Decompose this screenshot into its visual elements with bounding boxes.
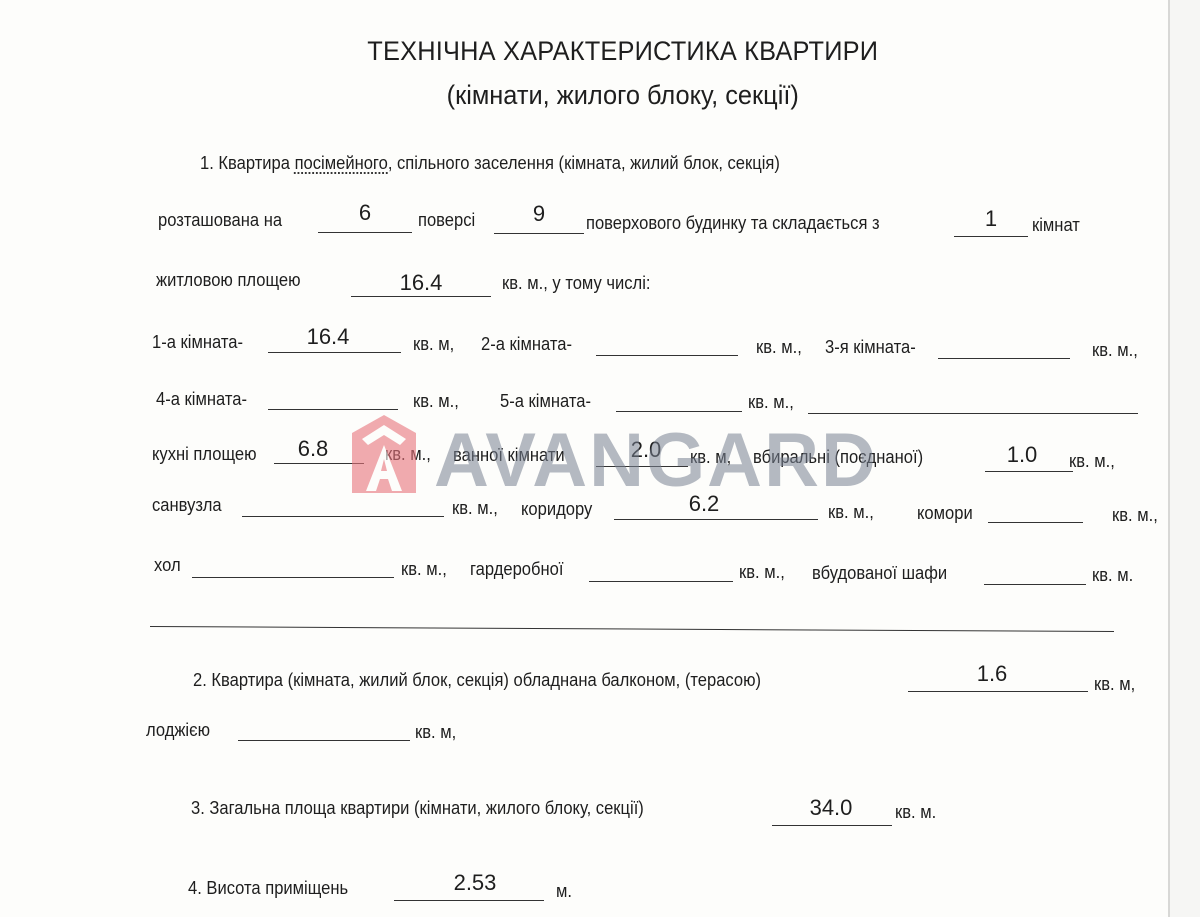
loggia-unit: кв. м,	[415, 722, 456, 743]
located-label: розташована на	[158, 210, 282, 231]
toilet-unit: кв. м.,	[1069, 451, 1115, 472]
document-title: ТЕХНІЧНА ХАРАКТЕРИСТИКА КВАРТИРИ	[0, 36, 1200, 67]
bathroom-label: ванної кімнати	[453, 445, 565, 466]
storage-unit: кв. м.,	[1112, 505, 1158, 526]
closet-unit: кв. м.	[1092, 565, 1133, 586]
room4-unit: кв. м.,	[413, 391, 459, 412]
room4-field-line	[268, 409, 398, 410]
toilet-value: 1.0	[985, 442, 1059, 468]
room5-label: 5-а кімната-	[500, 391, 591, 412]
building-label: поверхового будинку та складається з	[586, 213, 880, 234]
total-area-unit: кв. м.	[895, 802, 936, 823]
extra-field-line	[808, 413, 1138, 414]
balcony-value: 1.6	[942, 661, 1042, 687]
family-type-underlined: посімейного	[295, 153, 388, 173]
total-area-label: 3. Загальна площа квартири (кімнати, жил…	[191, 798, 644, 819]
hall-unit: кв. м.,	[401, 559, 447, 580]
bathroom-unit: кв. м,	[690, 447, 731, 468]
loggia-label: лоджією	[146, 720, 210, 741]
hall-label: хол	[154, 555, 181, 576]
wardrobe-field-line	[589, 581, 733, 582]
closet-field-line	[984, 584, 1086, 585]
document-subtitle: (кімнати, жилого блоку, секції)	[0, 80, 1200, 111]
section1-intro: 1. Квартира посімейного, спільного засел…	[200, 153, 780, 174]
section-separator-line	[150, 626, 1114, 632]
room3-unit: кв. м.,	[1092, 340, 1138, 361]
floor-field-line	[318, 232, 412, 233]
rooms-label: кімнат	[1032, 215, 1080, 236]
kitchen-field-line	[274, 463, 364, 464]
height-label: 4. Висота приміщень	[188, 878, 348, 899]
room5-unit: кв. м.,	[748, 392, 794, 413]
corridor-value: 6.2	[654, 491, 754, 517]
living-area-label: житловою площею	[156, 270, 301, 291]
page-edge-line	[1168, 0, 1170, 917]
living-area-value: 16.4	[351, 270, 491, 296]
room1-unit: кв. м,	[413, 334, 454, 355]
kitchen-unit: кв. м.,	[385, 444, 431, 465]
height-field-line	[394, 900, 544, 901]
room3-label: 3-я кімната-	[825, 337, 916, 358]
bathroom-value: 2.0	[600, 437, 692, 463]
living-area-field-line	[351, 296, 491, 297]
toilet-field-line	[985, 471, 1073, 472]
room3-field-line	[938, 358, 1070, 359]
total-floors-field-line	[494, 233, 584, 234]
total-area-field-line	[772, 825, 892, 826]
sanitary-label: санвузла	[152, 495, 222, 516]
storage-field-line	[988, 522, 1083, 523]
wardrobe-unit: кв. м.,	[739, 562, 785, 583]
room2-unit: кв. м.,	[756, 337, 802, 358]
room4-label: 4-а кімната-	[156, 389, 247, 410]
room1-value: 16.4	[268, 324, 388, 350]
toilet-label: вбиральні (поєднаної)	[753, 447, 923, 468]
total-floors-value: 9	[494, 201, 584, 227]
kitchen-label: кухні площею	[152, 444, 257, 465]
sanitary-unit: кв. м.,	[452, 498, 498, 519]
living-area-unit: кв. м., у тому числі:	[502, 273, 650, 294]
floor-value: 6	[318, 200, 412, 226]
room5-field-line	[616, 411, 742, 412]
height-unit: м.	[556, 881, 572, 902]
storage-label: комори	[917, 503, 973, 524]
balcony-label: 2. Квартира (кімната, жилий блок, секція…	[193, 670, 761, 691]
sanitary-field-line	[242, 516, 444, 517]
closet-label: вбудованої шафи	[812, 563, 947, 584]
room2-field-line	[596, 355, 738, 356]
wardrobe-label: гардеробної	[470, 559, 563, 580]
total-area-value: 34.0	[776, 795, 886, 821]
page-edge-shade	[1170, 0, 1200, 917]
room1-label: 1-а кімната-	[152, 332, 243, 353]
balcony-unit: кв. м,	[1094, 674, 1135, 695]
kitchen-value: 6.8	[268, 436, 358, 462]
bathroom-field-line	[596, 466, 688, 467]
hall-field-line	[192, 577, 394, 578]
balcony-field-line	[908, 691, 1088, 692]
loggia-field-line	[238, 740, 410, 741]
rooms-value: 1	[954, 206, 1028, 232]
height-value: 2.53	[420, 870, 530, 896]
corridor-field-line	[614, 519, 818, 520]
room1-field-line	[268, 352, 401, 353]
rooms-field-line	[954, 236, 1028, 237]
room2-label: 2-а кімната-	[481, 334, 572, 355]
corridor-label: коридору	[521, 499, 592, 520]
floor-label: поверсі	[418, 210, 475, 231]
corridor-unit: кв. м.,	[828, 502, 874, 523]
